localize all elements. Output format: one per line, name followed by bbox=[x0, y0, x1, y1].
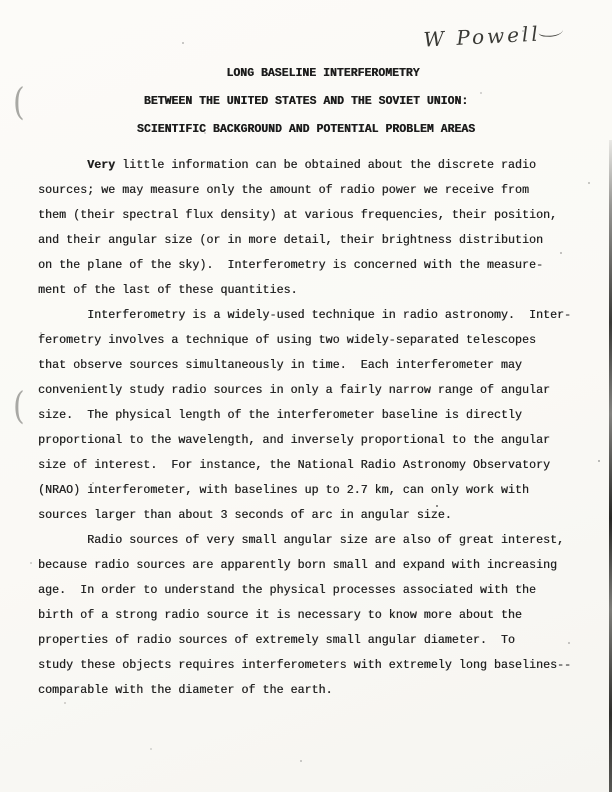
body-line: Interferometry is a widely-used techniqu… bbox=[38, 303, 571, 328]
body-line: sources; we may measure only the amount … bbox=[38, 178, 571, 203]
body-line: comparable with the diameter of the eart… bbox=[38, 678, 571, 703]
body-line: ferometry involves a technique of using … bbox=[38, 328, 571, 353]
document-page: W Powell ( ( LONG BASELINE INTERFEROMETR… bbox=[0, 0, 612, 792]
paragraph-2: Interferometry is a widely-used techniqu… bbox=[38, 303, 571, 528]
paragraph-1: Very little information can be obtained … bbox=[38, 153, 571, 303]
title-line-3: SCIENTIFIC BACKGROUND AND POTENTIAL PROB… bbox=[0, 116, 612, 144]
document-title: LONG BASELINE INTERFEROMETRY BETWEEN THE… bbox=[0, 60, 612, 144]
body-line: (NRAO) interferometer, with baselines up… bbox=[38, 478, 571, 503]
body-line: properties of radio sources of extremely… bbox=[38, 628, 571, 653]
body-line: size of interest. For instance, the Nati… bbox=[38, 453, 571, 478]
body-line: Radio sources of very small angular size… bbox=[38, 528, 571, 553]
paragraph-lead-word: Very bbox=[38, 158, 115, 172]
body-line: conveniently study radio sources in only… bbox=[38, 378, 571, 403]
signature-text: W Powell bbox=[423, 22, 541, 52]
body-line-text: little information can be obtained about… bbox=[115, 158, 536, 172]
body-line: on the plane of the sky). Interferometry… bbox=[38, 253, 571, 278]
body-line: because radio sources are apparently bor… bbox=[38, 553, 571, 578]
body-line: and their angular size (or in more detai… bbox=[38, 228, 571, 253]
signature-flourish bbox=[538, 25, 563, 37]
paragraph-3: Radio sources of very small angular size… bbox=[38, 528, 571, 703]
body-line: that observe sources simultaneously in t… bbox=[38, 353, 571, 378]
body-line: study these objects requires interferome… bbox=[38, 653, 571, 678]
body-line: birth of a strong radio source it is nec… bbox=[38, 603, 571, 628]
body-line: ment of the last of these quantities. bbox=[38, 278, 571, 303]
binder-mark-middle: ( bbox=[13, 388, 25, 426]
scan-noise bbox=[0, 0, 2, 2]
body-line: age. In order to understand the physical… bbox=[38, 578, 571, 603]
document-body: Very little information can be obtained … bbox=[38, 153, 571, 703]
body-line: them (their spectral flux density) at va… bbox=[38, 203, 571, 228]
body-line: sources larger than about 3 seconds of a… bbox=[38, 503, 571, 528]
title-line-2: BETWEEN THE UNITED STATES AND THE SOVIET… bbox=[0, 88, 612, 116]
body-line: Very little information can be obtained … bbox=[38, 153, 571, 178]
title-line-1: LONG BASELINE INTERFEROMETRY bbox=[17, 60, 612, 88]
body-line: proportional to the wavelength, and inve… bbox=[38, 428, 571, 453]
body-line: size. The physical length of the interfe… bbox=[38, 403, 571, 428]
